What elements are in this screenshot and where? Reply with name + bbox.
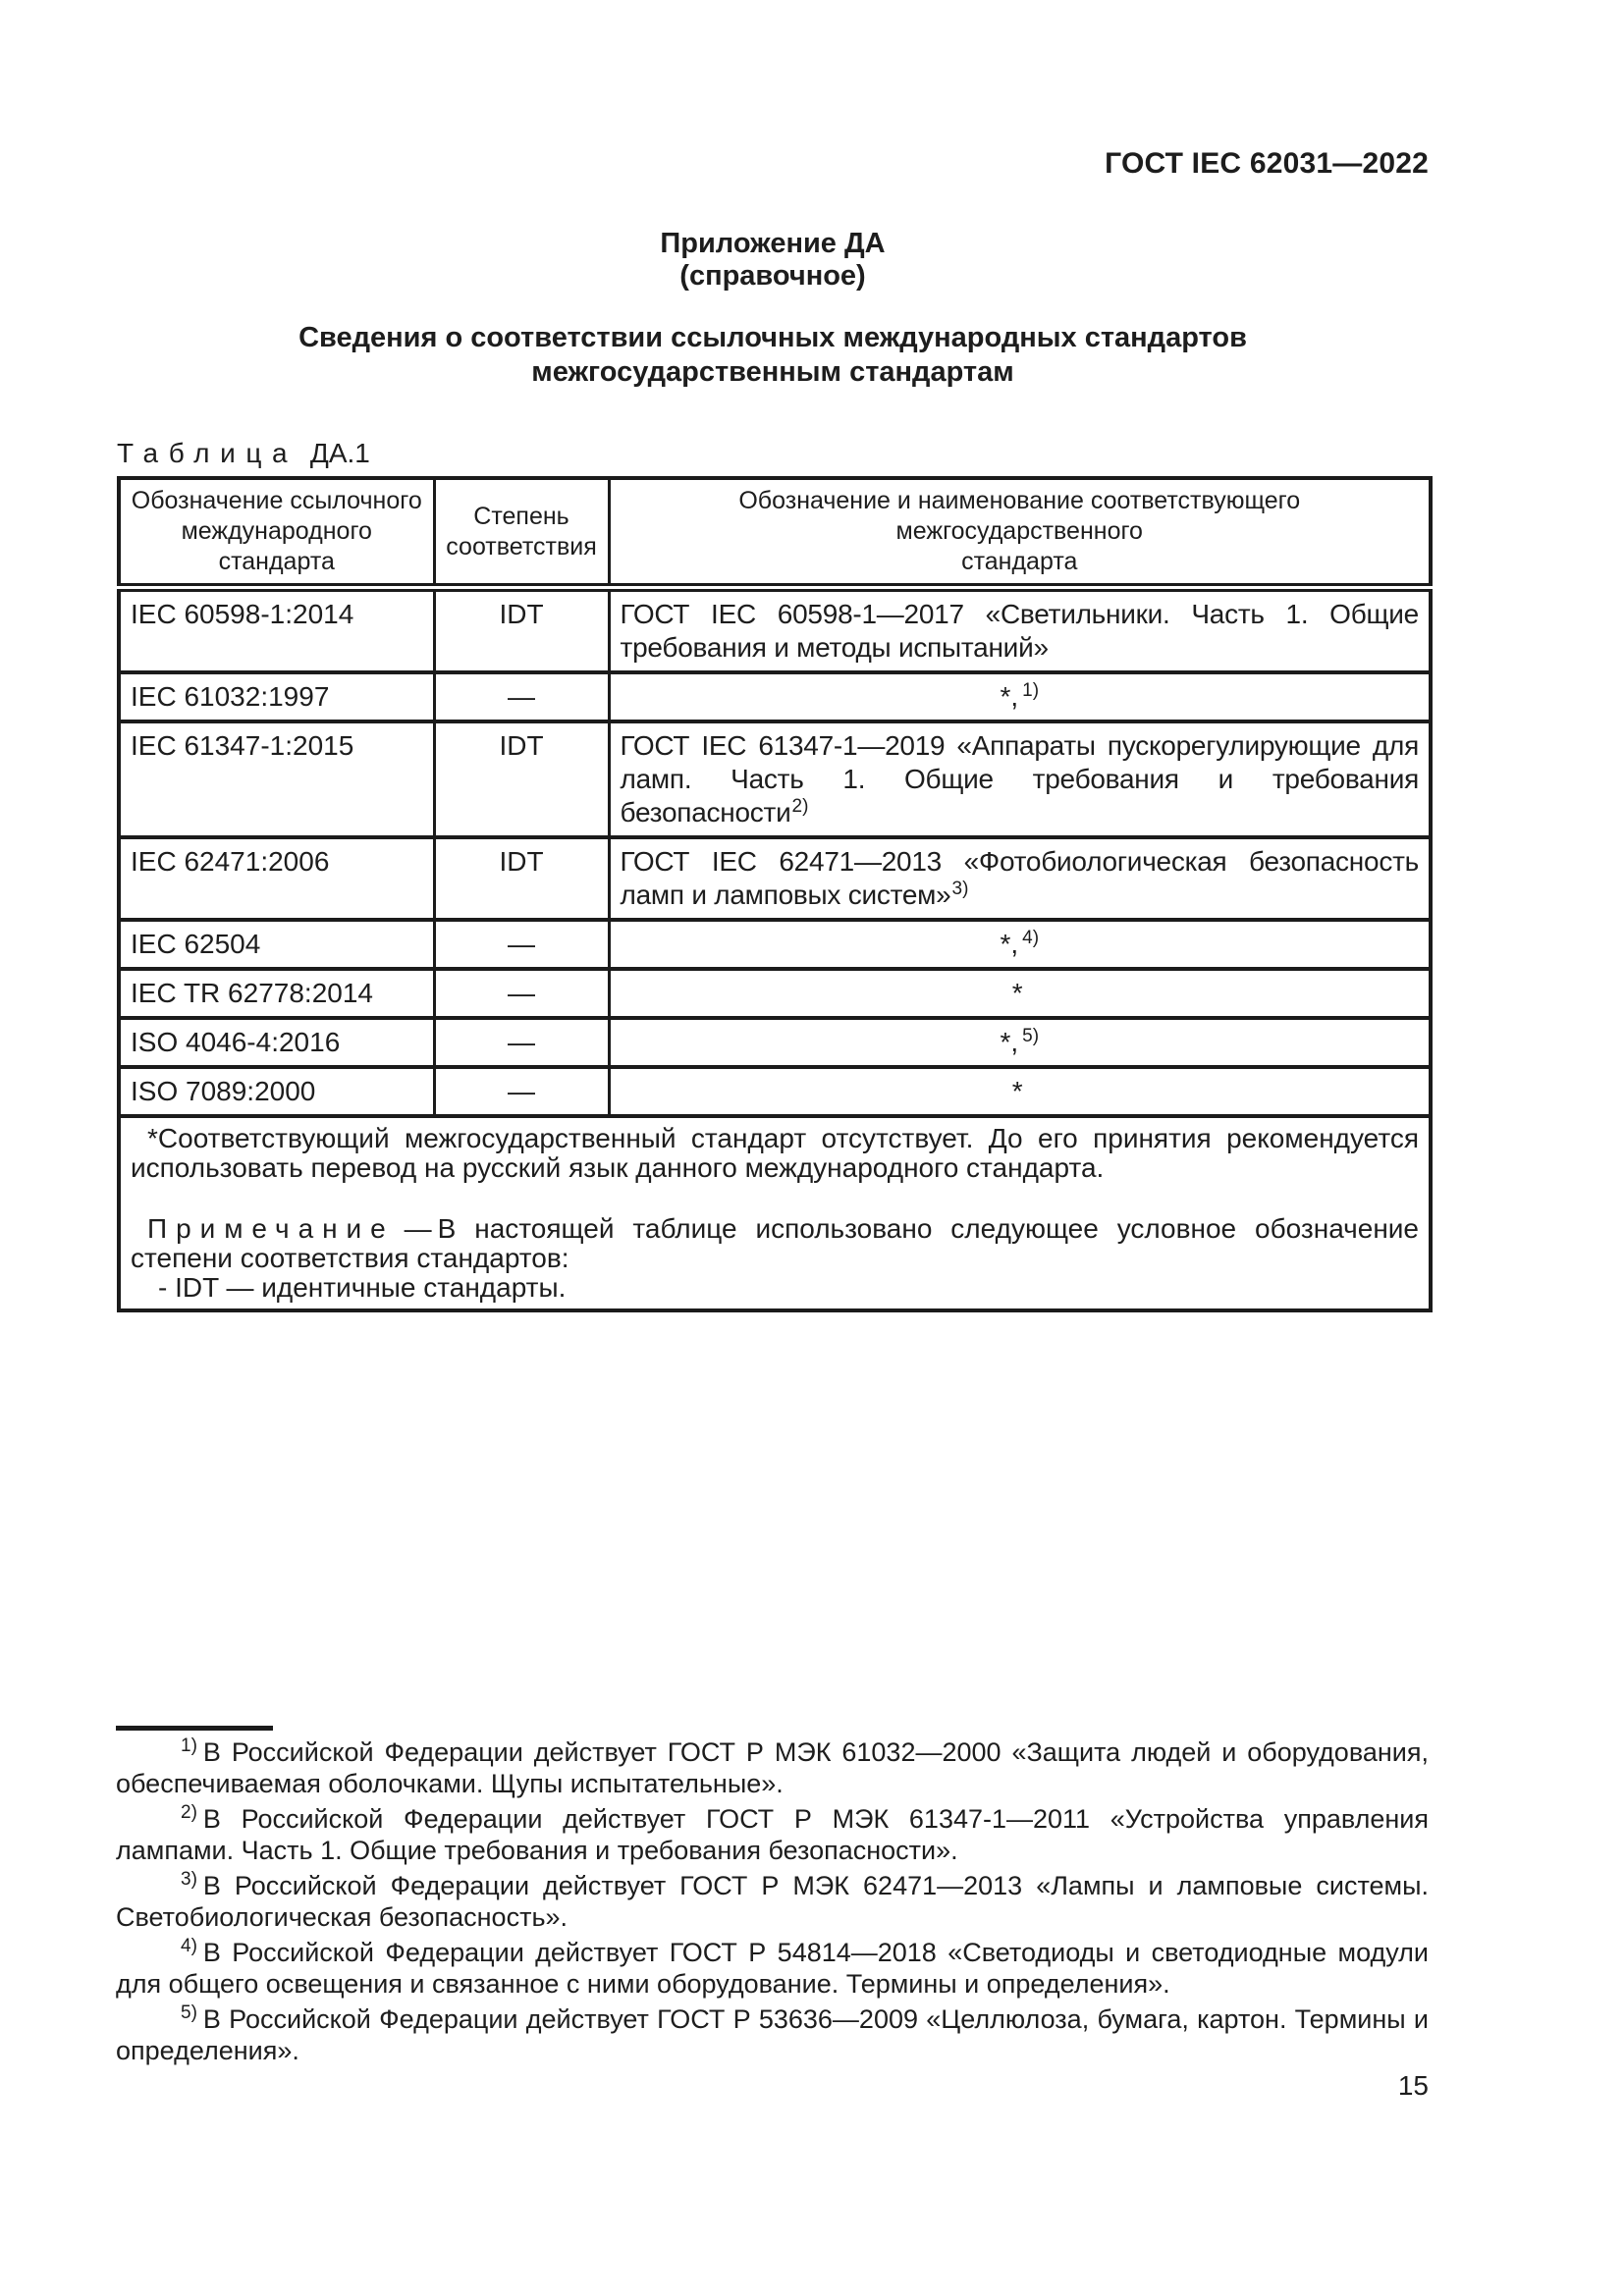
section-title-line1: Сведения о соответствии ссылочных междун… <box>117 321 1429 355</box>
table-caption: ТаблицаДА.1 <box>117 439 1429 468</box>
column-header-reference-standard: Обозначение ссылочного международного ст… <box>119 478 434 588</box>
footnote-text: В Российской Федерации действует ГОСТ Р … <box>116 1804 1429 1865</box>
document-code-header: ГОСТ IEC 62031—2022 <box>117 147 1429 181</box>
footnote-marker: 1) <box>181 1735 197 1756</box>
footnote-item: 3)В Российской Федерации действует ГОСТ … <box>116 1870 1429 1933</box>
table-row: IEC 61032:1997 — *,1) <box>119 672 1431 721</box>
ref-standard-cell: IEC 62504 <box>119 920 434 969</box>
matching-standard-cell: * <box>609 1067 1431 1116</box>
annex-title: Приложение ДА <box>117 228 1429 260</box>
table-row: IEC 60598-1:2014 IDT ГОСТ IEC 60598-1—20… <box>119 588 1431 673</box>
footnote-item: 2)В Российской Федерации действует ГОСТ … <box>116 1803 1429 1866</box>
footnote-marker: 4) <box>181 1936 197 1956</box>
degree-cell: — <box>434 1018 609 1067</box>
table-row: IEC 62471:2006 IDT ГОСТ IEC 62471—2013 «… <box>119 837 1431 920</box>
correspondence-table: Обозначение ссылочного международного ст… <box>117 476 1433 1312</box>
table-footer-row: *Соответствующий межгосударственный стан… <box>119 1116 1431 1310</box>
matching-standard-cell: ГОСТ IEC 62471—2013 «Фотобиологическая б… <box>609 837 1431 920</box>
table-row: ISO 4046-4:2016 — *,5) <box>119 1018 1431 1067</box>
table-row: ISO 7089:2000 — * <box>119 1067 1431 1116</box>
matching-standard-cell: *,5) <box>609 1018 1431 1067</box>
note-label: Примечание <box>147 1213 395 1244</box>
note-item-idt: - IDT — идентичные стандарты. <box>131 1273 1419 1303</box>
footnote-text: В Российской Федерации действует ГОСТ Р … <box>116 1938 1429 1999</box>
table-row: IEC TR 62778:2014 — * <box>119 969 1431 1018</box>
degree-cell: IDT <box>434 588 609 673</box>
ref-standard-cell: ISO 7089:2000 <box>119 1067 434 1116</box>
footnote-text: В Российской Федерации действует ГОСТ Р … <box>116 2004 1429 2065</box>
footnote-marker: 3) <box>181 1869 197 1890</box>
note-dash: — <box>405 1213 432 1244</box>
ref-standard-cell: IEC 60598-1:2014 <box>119 588 434 673</box>
table-header-row: Обозначение ссылочного международного ст… <box>119 478 1431 588</box>
footnote-marker: 5) <box>181 2002 197 2023</box>
table-star-note: *Соответствующий межгосударственный стан… <box>131 1124 1419 1183</box>
footnote-text: В Российской Федерации действует ГОСТ Р … <box>116 1737 1429 1798</box>
table-note: Примечание—В настоящей таблице использов… <box>131 1214 1419 1273</box>
degree-cell: IDT <box>434 721 609 837</box>
footnote-rule <box>116 1726 273 1731</box>
ref-standard-cell: IEC 61347-1:2015 <box>119 721 434 837</box>
degree-cell: — <box>434 969 609 1018</box>
ref-standard-cell: IEC TR 62778:2014 <box>119 969 434 1018</box>
table-row: IEC 62504 — *,4) <box>119 920 1431 969</box>
matching-standard-cell: ГОСТ IEC 61347-1—2019 «Аппараты пускорег… <box>609 721 1431 837</box>
matching-standard-cell: *,4) <box>609 920 1431 969</box>
page-number: 15 <box>117 2071 1429 2101</box>
annex-heading: Приложение ДА (справочное) <box>117 228 1429 293</box>
degree-cell: — <box>434 672 609 721</box>
footnote-text: В Российской Федерации действует ГОСТ Р … <box>116 1871 1429 1932</box>
degree-cell: IDT <box>434 837 609 920</box>
table-caption-word: Таблица <box>117 438 298 468</box>
section-title-line2: межгосударственным стандартам <box>117 355 1429 390</box>
ref-standard-cell: IEC 61032:1997 <box>119 672 434 721</box>
footnote-item: 1)В Российской Федерации действует ГОСТ … <box>116 1736 1429 1799</box>
matching-standard-cell: * <box>609 969 1431 1018</box>
footnote-marker: 2) <box>181 1802 197 1823</box>
column-header-degree: Степень соответствия <box>434 478 609 588</box>
document-page: ГОСТ IEC 62031—2022 Приложение ДА (справ… <box>0 0 1624 2296</box>
column-header-matching-standard: Обозначение и наименование соответствующ… <box>609 478 1431 588</box>
table-footnote-cell: *Соответствующий межгосударственный стан… <box>119 1116 1431 1310</box>
ref-standard-cell: ISO 4046-4:2016 <box>119 1018 434 1067</box>
correspondence-table-wrap: Обозначение ссылочного международного ст… <box>117 476 1429 1312</box>
ref-standard-cell: IEC 62471:2006 <box>119 837 434 920</box>
annex-subtitle: (справочное) <box>117 260 1429 293</box>
matching-standard-cell: *,1) <box>609 672 1431 721</box>
matching-standard-cell: ГОСТ IEC 60598-1—2017 «Светильники. Част… <box>609 588 1431 673</box>
degree-cell: — <box>434 1067 609 1116</box>
table-row: IEC 61347-1:2015 IDT ГОСТ IEC 61347-1—20… <box>119 721 1431 837</box>
footnote-item: 4)В Российской Федерации действует ГОСТ … <box>116 1937 1429 2000</box>
degree-cell: — <box>434 920 609 969</box>
footnote-item: 5)В Российской Федерации действует ГОСТ … <box>116 2003 1429 2066</box>
section-title: Сведения о соответствии ссылочных междун… <box>117 321 1429 390</box>
footnotes-section: 1)В Российской Федерации действует ГОСТ … <box>116 1726 1429 2070</box>
table-caption-number: ДА.1 <box>310 438 370 468</box>
